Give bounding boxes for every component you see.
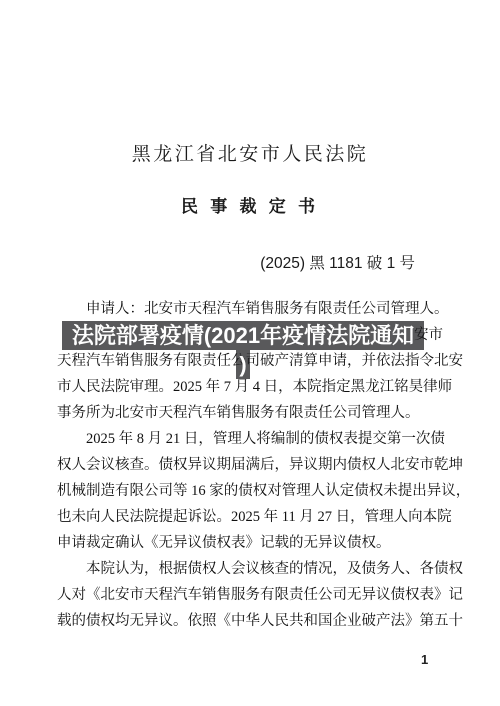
- body-line: 载的债权均无异议。依照《中华人民共和国企业破产法》第五十: [57, 608, 443, 634]
- document-page: 黑龙江省北安市人民法院 民 事 裁 定 书 (2025) 黑 1181 破 1 …: [0, 0, 500, 706]
- document-type-title: 民 事 裁 定 书: [0, 197, 500, 217]
- court-name-title: 黑龙江省北安市人民法院: [0, 144, 500, 166]
- banner-line-2: ): [236, 350, 249, 379]
- body-line: 申请人：北安市天程汽车销售服务有限责任公司管理人。: [57, 296, 443, 322]
- watermark-caption-banner: 法院部署疫情(2021年疫情法院通知 ): [62, 321, 424, 379]
- body-line: 2025 年 8 月 21 日，管理人将编制的债权表提交第一次债: [57, 426, 443, 452]
- page-number: 1: [421, 652, 428, 667]
- body-line: 也未向人民法院提起诉讼。2025 年 11 月 27 日，管理人向本院: [57, 504, 443, 530]
- banner-line-1: 法院部署疫情(2021年疫情法院通知: [62, 321, 424, 350]
- body-line: 事务所为北安市天程汽车销售服务有限责任公司管理人。: [57, 400, 443, 426]
- body-line: 申请裁定确认《无异议债权表》记载的无异议债权。: [57, 530, 443, 556]
- case-number: (2025) 黑 1181 破 1 号: [260, 255, 415, 273]
- body-line: 人对《北安市天程汽车销售服务有限责任公司无异议债权表》记: [57, 582, 443, 608]
- body-line: 本院认为，根据债权人会议核查的情况，及债务人、各债权: [57, 556, 443, 582]
- body-line: 权人会议核查。债权异议期届满后，异议期内债权人北安市乾坤: [57, 452, 443, 478]
- body-line: 机械制造有限公司等 16 家的债权对管理人认定债权未提出异议，: [57, 478, 443, 504]
